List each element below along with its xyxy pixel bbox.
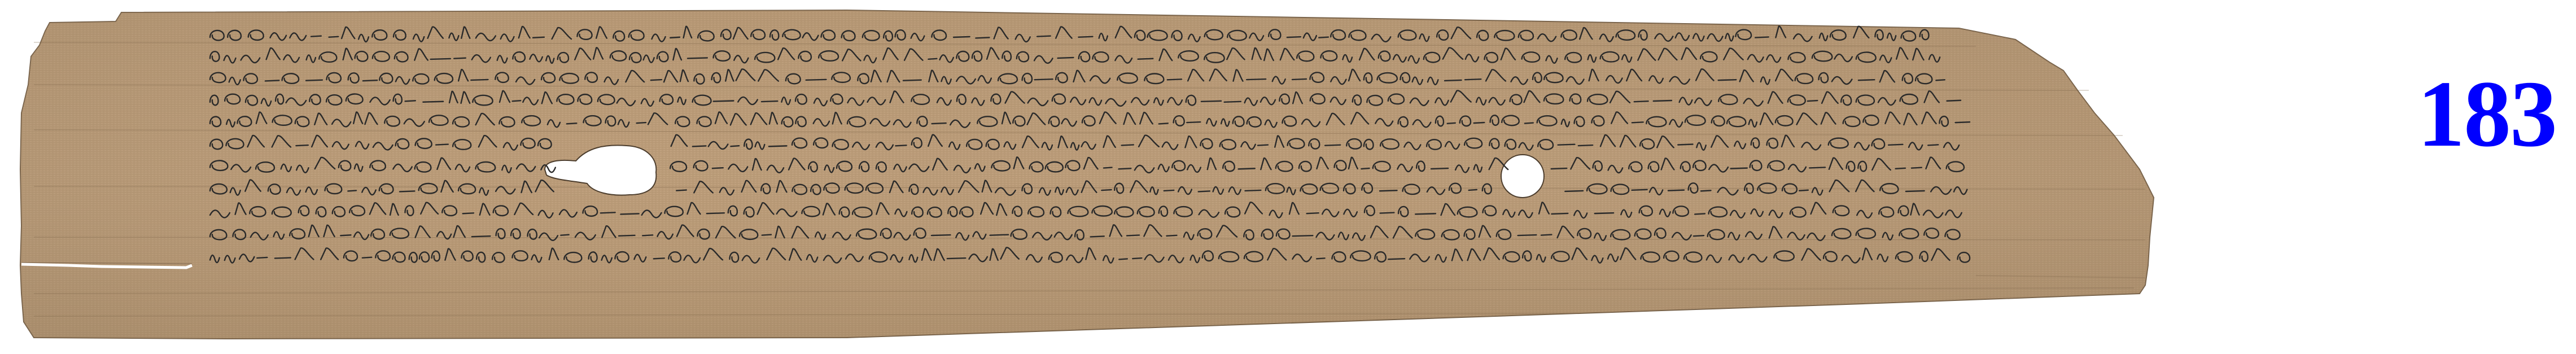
right-binding-hole: [1501, 155, 1544, 198]
folio-number-label: 183: [2417, 67, 2556, 161]
palm-leaf-manuscript: 183: [0, 0, 2576, 354]
leaf-graphic: [0, 0, 2576, 354]
